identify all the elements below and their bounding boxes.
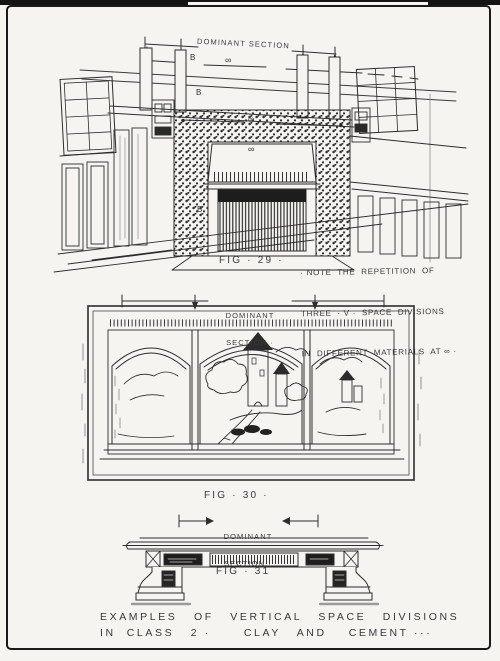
fig29-x-mark-frieze: ∞ (248, 114, 254, 124)
fig29-right-window (356, 66, 417, 133)
footer-caption-line-1: EXAMPLES OF VERTICAL SPACE DIVISIONS (100, 611, 459, 623)
scanned-page: DOMINANT SECTION ∞ B B B ∞ ∞ FIG · 29 · … (0, 0, 500, 661)
fig31-caption: FIG · 31 (216, 566, 270, 577)
fig29-note-line-1: · NOTE THE REPETITION OF (300, 264, 455, 280)
fig30-left-panel-scene (115, 372, 178, 438)
footer-caption-line-2: IN CLASS 2 · CLAY AND CEMENT ··· (100, 627, 432, 639)
fig29-left-doors (62, 128, 147, 250)
fig30-dimension-label-line2: SECTION · (215, 338, 285, 347)
fig30-caption: FIG · 30 · (204, 490, 269, 501)
fig29-caption: FIG · 29 · (219, 255, 284, 266)
fig31-dimension-label-line1: DOMINANT (208, 532, 288, 541)
fig29-x-mark-hood: ∞ (248, 144, 254, 154)
fig29-left-niche (152, 100, 174, 138)
fig30-dimension-label: DOMINANT SECTION · (215, 293, 285, 365)
fig29-left-window (60, 77, 116, 156)
fig30-dimension-label-line1: DOMINANT (215, 311, 285, 320)
fig30-right-panel-scene (318, 357, 384, 435)
fig29-b-label-base: B (197, 205, 202, 214)
fig29-b-label-mantel: B (196, 88, 201, 97)
fig29-x-mark-dimension: ∞ (225, 55, 231, 65)
fig29-b-label-top: B (190, 53, 195, 62)
